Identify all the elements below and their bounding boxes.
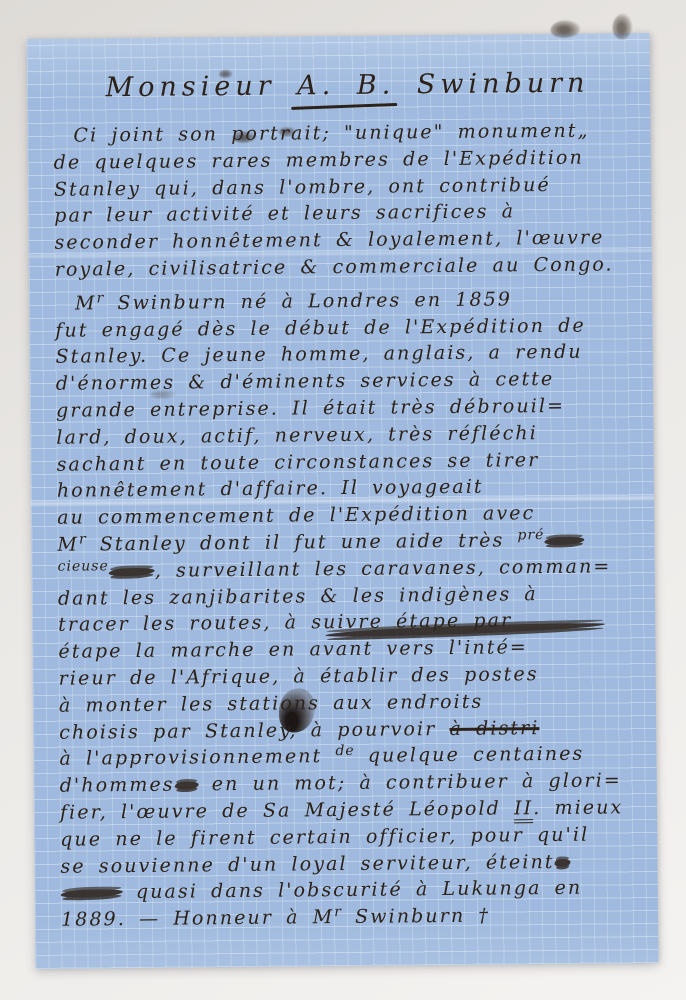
handwritten-text: par leur activité et leurs sacrifices à — [54, 201, 515, 227]
letter-content: Monsieur A. B. Swinburn Ci joint son por… — [27, 33, 659, 934]
handwritten-text: r — [334, 904, 342, 920]
handwritten-text: quelque centaines — [355, 743, 585, 767]
crossed-out-scribble — [174, 781, 198, 790]
handwritten-text: en un mot; à contribuer à glori= — [198, 769, 621, 795]
crossed-out-scribble — [554, 858, 570, 867]
handwritten-text: . mieux — [533, 796, 623, 819]
handwritten-text: cieuse — [58, 558, 109, 574]
handwritten-text: de quelques rares membres de l'Expéditio… — [54, 146, 584, 173]
handwritten-text: r — [79, 531, 87, 547]
handwritten-text: , surveillant les caravanes, comman= — [155, 555, 612, 581]
handwritten-text: rieur de l'Afrique, à établir des postes — [59, 663, 539, 690]
handwritten-text: étape la marche en avant vers l'inté= — [58, 636, 528, 663]
handwritten-text: pré — [517, 527, 544, 543]
handwritten-text: Stanley dont il fut une aide très — [87, 529, 518, 555]
handwritten-text: d'énormes & d'éminents services à cette — [56, 368, 555, 395]
letter-body: Ci joint son portrait; "unique" monument… — [53, 117, 650, 934]
handwritten-line: cieuse, surveillant les caravanes, comma… — [58, 553, 647, 585]
handwritten-text: à l'approvisionnement — [59, 745, 335, 770]
handwritten-text: II — [514, 797, 533, 823]
handwritten-text: Ci joint son portrait; "unique" monument… — [73, 120, 589, 147]
handwritten-text: à monter les stations aux endroits — [59, 690, 484, 716]
handwritten-text: à distri — [449, 717, 539, 740]
crossed-out-scribble — [61, 889, 123, 899]
handwritten-text: M — [57, 533, 79, 555]
handwritten-text: Swinburn né à Londres en 1859 — [104, 288, 512, 314]
handwritten-line: grande entreprise. Il était très débroui… — [56, 392, 645, 424]
letter-paper: Monsieur A. B. Swinburn Ci joint son por… — [27, 33, 659, 969]
handwritten-text: Swinburn † — [342, 905, 490, 928]
handwritten-text: au commencement de l'Expédition avec — [57, 502, 535, 529]
letter-title: Monsieur A. B. Swinburn — [53, 67, 642, 104]
handwritten-text: sachant en toute circonstances se tirer — [57, 449, 540, 476]
handwritten-text: honnêtement d'affaire. Il voyageait — [57, 476, 484, 502]
handwritten-text: que ne le firent certain officier, pour … — [60, 823, 589, 850]
handwritten-text: d'hommes — [60, 774, 175, 797]
handwritten-text: r — [97, 290, 105, 306]
handwritten-text: lard, doux, actif, nerveux, très réfléch… — [56, 422, 538, 449]
handwritten-line: 1889. — Honneur à Mr Swinburn † — [61, 901, 650, 933]
handwritten-text: de — [335, 743, 354, 759]
handwritten-text: se souvienne d'un loyal serviteur, étein… — [60, 850, 554, 877]
handwritten-text: M — [75, 292, 97, 314]
handwritten-text: seconder honnêtement & loyalement, l'œuv… — [54, 227, 604, 254]
handwritten-line: de quelques rares membres de l'Expéditio… — [54, 144, 643, 176]
handwritten-text: dant les zanjibarites & les indigènes à — [58, 583, 538, 610]
handwritten-line: royale, civilisatrice & commerciale au C… — [55, 251, 644, 283]
handwritten-text: grande entreprise. Il était très débroui… — [56, 395, 565, 422]
handwritten-text: quasi dans l'obscurité à Lukunga en — [123, 877, 583, 903]
handwritten-text: Stanley qui, dans l'ombre, ont contribué — [54, 174, 551, 201]
handwritten-text: fier, l'œuvre de Sa Majesté Léopold — [60, 797, 514, 823]
handwritten-text: Stanley. Ce jeune homme, anglais, a rend… — [56, 341, 583, 368]
crossed-out-scribble — [544, 536, 584, 545]
title-underline — [291, 103, 397, 110]
handwritten-text: 1889. — Honneur à M — [61, 906, 334, 931]
handwritten-text: royale, civilisatrice & commerciale au C… — [55, 253, 614, 280]
handwritten-text: fut engagé dès le début de l'Expédition … — [55, 314, 586, 341]
photograph-background: Monsieur A. B. Swinburn Ci joint son por… — [0, 0, 686, 1000]
handwritten-text: choisis par Stanley, à pourvoir — [59, 718, 450, 744]
crossed-out-scribble — [109, 567, 155, 577]
